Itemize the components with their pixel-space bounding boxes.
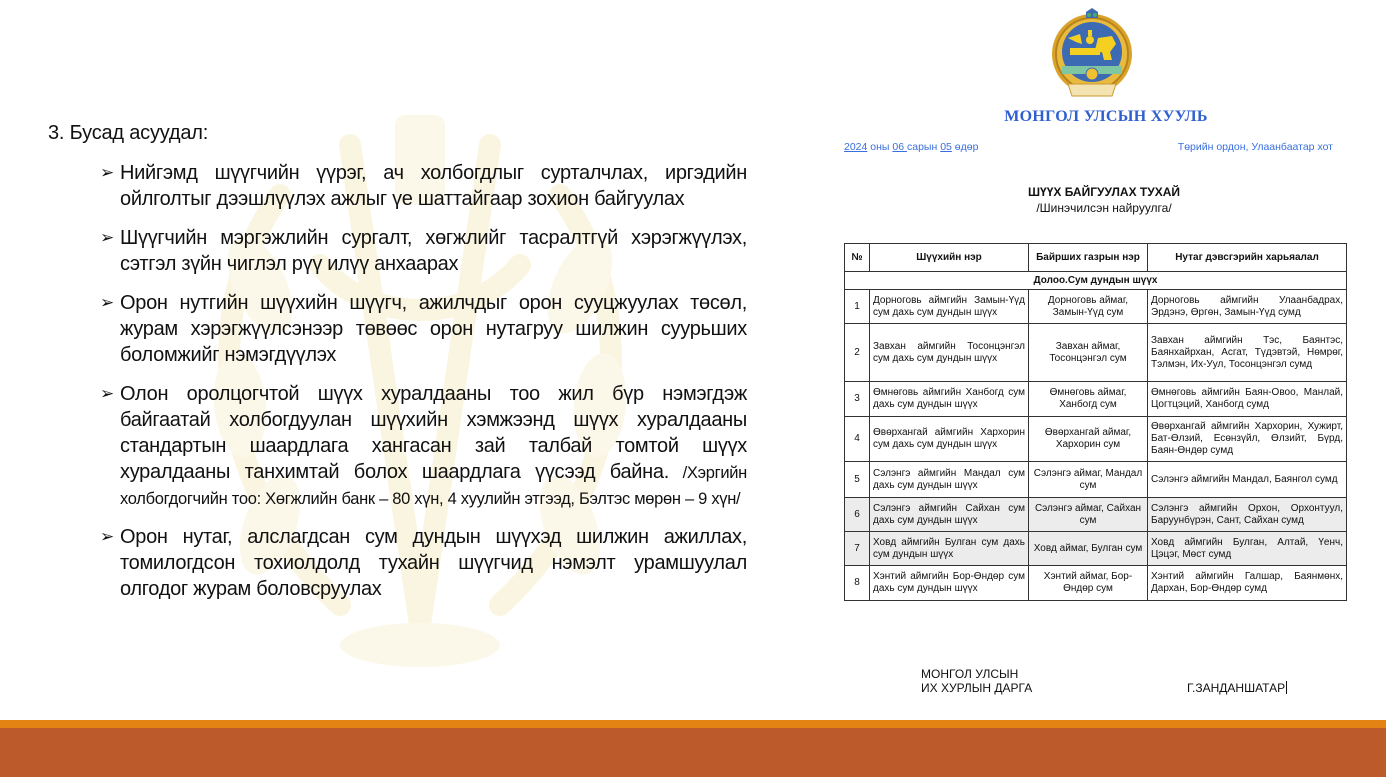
signature-name: Г.ЗАНДАНШАТАР — [1187, 681, 1287, 695]
table-row: 6Сэлэнгэ аймгийн Сайхан сум дахь сум дун… — [845, 498, 1347, 532]
signature-name-text: Г.ЗАНДАНШАТАР — [1187, 681, 1285, 695]
header-location: Байрших газрын нэр — [1029, 244, 1148, 272]
document-heading: ШҮҮХ БАЙГУУЛАХ ТУХАЙ — [830, 185, 1360, 199]
cell-court-name: Өвөрхангай аймгийн Хархорин сум дахь сум… — [870, 417, 1029, 462]
cell-location: Завхан аймаг, Тосонцэнгэл сум — [1029, 324, 1148, 382]
arrow-bullet-icon: ➢ — [100, 381, 114, 407]
arrow-bullet-icon: ➢ — [100, 160, 114, 186]
document-subheading: /Шинэчилсэн найруулга/ — [830, 201, 1360, 215]
cell-jurisdiction: Өмнөговь аймгийн Баян-Овоо, Манлай, Цогт… — [1148, 382, 1347, 417]
cell-jurisdiction: Хэнтий аймгийн Галшар, Баянмөнх, Дархан,… — [1148, 566, 1347, 601]
cell-location: Ховд аймаг, Булган сум — [1029, 532, 1148, 566]
cell-court-name: Ховд аймгийн Булган сум дахь сум дундын … — [870, 532, 1029, 566]
cell-jurisdiction: Ховд аймгийн Булган, Алтай, Үенч, Цэцэг,… — [1148, 532, 1347, 566]
footer-accent-stripe — [0, 720, 1386, 728]
signature-title-line1: МОНГОЛ УЛСЫН — [921, 667, 1032, 681]
cell-court-name: Өмнөговь аймгийн Ханбогд сум дахь сум ду… — [870, 382, 1029, 417]
table-section-row: Долоо.Сум дундын шүүх — [845, 272, 1347, 290]
date-day: 05 — [940, 141, 952, 153]
text-cursor — [1286, 681, 1287, 694]
bullet-item: ➢ Орон нутаг, алслагдсан сум дундын шүүх… — [100, 524, 747, 602]
arrow-bullet-icon: ➢ — [100, 524, 114, 550]
bullet-text: Нийгэмд шүүгчийн үүрэг, ач холбогдлыг су… — [120, 162, 747, 210]
bullet-text: Орон нутгийн шүүхийн шүүгч, ажилчдыг оро… — [120, 292, 747, 366]
bullet-item: ➢ Шүүгчийн мэргэжлийн сургалт, хөгжлийг … — [100, 225, 747, 277]
arrow-bullet-icon: ➢ — [100, 225, 114, 251]
cell-location: Өмнөговь аймаг, Ханбогд сум — [1029, 382, 1148, 417]
bullet-text: Шүүгчийн мэргэжлийн сургалт, хөгжлийг та… — [120, 227, 747, 275]
cell-number: 3 — [845, 382, 870, 417]
cell-jurisdiction: Сэлэнгэ аймгийн Орхон, Орхонтуул, Баруун… — [1148, 498, 1347, 532]
cell-court-name: Завхан аймгийн Тосонцэнгэл сум дахь сум … — [870, 324, 1029, 382]
date-month-suffix: сарын — [907, 141, 940, 153]
cell-court-name: Сэлэнгэ аймгийн Мандал сум дахь сум дунд… — [870, 462, 1029, 498]
date-year-suffix: оны — [867, 141, 892, 153]
cell-number: 4 — [845, 417, 870, 462]
law-title: МОНГОЛ УЛСЫН ХУУЛЬ — [830, 108, 1360, 126]
table-row: 7Ховд аймгийн Булган сум дахь сум дундын… — [845, 532, 1347, 566]
header-jurisdiction: Нутаг дэвсгэрийн харьяалал — [1148, 244, 1347, 272]
bullet-text: Орон нутаг, алслагдсан сум дундын шүүхэд… — [120, 526, 747, 600]
cell-location: Дорноговь аймаг, Замын-Үүд сум — [1029, 290, 1148, 324]
cell-location: Сэлэнгэ аймаг, Мандал сум — [1029, 462, 1148, 498]
table-row: 8Хэнтий аймгийн Бор-Өндөр сум дахь сум д… — [845, 566, 1347, 601]
cell-jurisdiction: Сэлэнгэ аймгийн Мандал, Баянгол сумд — [1148, 462, 1347, 498]
document-date: 2024 оны 06 сарын 05 өдөр — [844, 141, 978, 153]
cell-location: Өвөрхангай аймаг, Хархорин сум — [1029, 417, 1148, 462]
date-month: 06 — [892, 141, 907, 153]
mongolia-state-emblem-icon — [1046, 8, 1138, 104]
arrow-bullet-icon: ➢ — [100, 290, 114, 316]
cell-number: 2 — [845, 324, 870, 382]
date-day-suffix: өдөр — [952, 141, 979, 153]
document-place: Төрийн ордон, Улаанбаатар хот — [1178, 141, 1333, 153]
cell-jurisdiction: Дорноговь аймгийн Улаанбадрах, Эрдэнэ, Ө… — [1148, 290, 1347, 324]
cell-jurisdiction: Өвөрхангай аймгийн Хархорин, Хужирт, Бат… — [1148, 417, 1347, 462]
cell-court-name: Сэлэнгэ аймгийн Сайхан сум дахь сум дунд… — [870, 498, 1029, 532]
bullet-list: ➢ Нийгэмд шүүгчийн үүрэг, ач холбогдлыг … — [100, 160, 747, 615]
bullet-item: ➢ Нийгэмд шүүгчийн үүрэг, ач холбогдлыг … — [100, 160, 747, 212]
footer-band — [0, 728, 1386, 777]
cell-location: Сэлэнгэ аймаг, Сайхан сум — [1029, 498, 1148, 532]
cell-number: 8 — [845, 566, 870, 601]
law-document-image: МОНГОЛ УЛСЫН ХУУЛЬ 2024 оны 06 сарын 05 … — [830, 0, 1360, 710]
date-year: 2024 — [844, 141, 867, 153]
cell-number: 5 — [845, 462, 870, 498]
table-row: 2Завхан аймгийн Тосонцэнгэл сум дахь сум… — [845, 324, 1347, 382]
header-court-name: Шүүхийн нэр — [870, 244, 1029, 272]
section-label: Долоо.Сум дундын шүүх — [845, 272, 1347, 290]
cell-number: 1 — [845, 290, 870, 324]
header-number: № — [845, 244, 870, 272]
bullet-item: ➢ Орон нутгийн шүүхийн шүүгч, ажилчдыг о… — [100, 290, 747, 368]
bullet-item: ➢ Олон оролцогчтой шүүх хуралдааны тоо ж… — [100, 381, 747, 511]
table-row: 1Дорноговь аймгийн Замын-Үүд сум дахь су… — [845, 290, 1347, 324]
cell-court-name: Дорноговь аймгийн Замын-Үүд сум дахь сум… — [870, 290, 1029, 324]
cell-number: 6 — [845, 498, 870, 532]
cell-number: 7 — [845, 532, 870, 566]
table-row: 4Өвөрхангай аймгийн Хархорин сум дахь су… — [845, 417, 1347, 462]
signature-title-line2: ИХ ХУРЛЫН ДАРГА — [921, 681, 1032, 695]
bullet-text: Олон оролцогчтой шүүх хуралдааны тоо жил… — [120, 383, 747, 483]
table-header-row: № Шүүхийн нэр Байрших газрын нэр Нутаг д… — [845, 244, 1347, 272]
cell-jurisdiction: Завхан аймгийн Тэс, Баянтэс, Баянхайрхан… — [1148, 324, 1347, 382]
signature-title: МОНГОЛ УЛСЫН ИХ ХУРЛЫН ДАРГА — [921, 667, 1032, 695]
cell-court-name: Хэнтий аймгийн Бор-Өндөр сум дахь сум ду… — [870, 566, 1029, 601]
section-title: 3. Бусад асуудал: — [48, 122, 208, 145]
table-row: 5Сэлэнгэ аймгийн Мандал сум дахь сум дун… — [845, 462, 1347, 498]
table-row: 3Өмнөговь аймгийн Ханбогд сум дахь сум д… — [845, 382, 1347, 417]
courts-table: № Шүүхийн нэр Байрших газрын нэр Нутаг д… — [844, 243, 1347, 601]
cell-location: Хэнтий аймаг, Бор-Өндөр сум — [1029, 566, 1148, 601]
